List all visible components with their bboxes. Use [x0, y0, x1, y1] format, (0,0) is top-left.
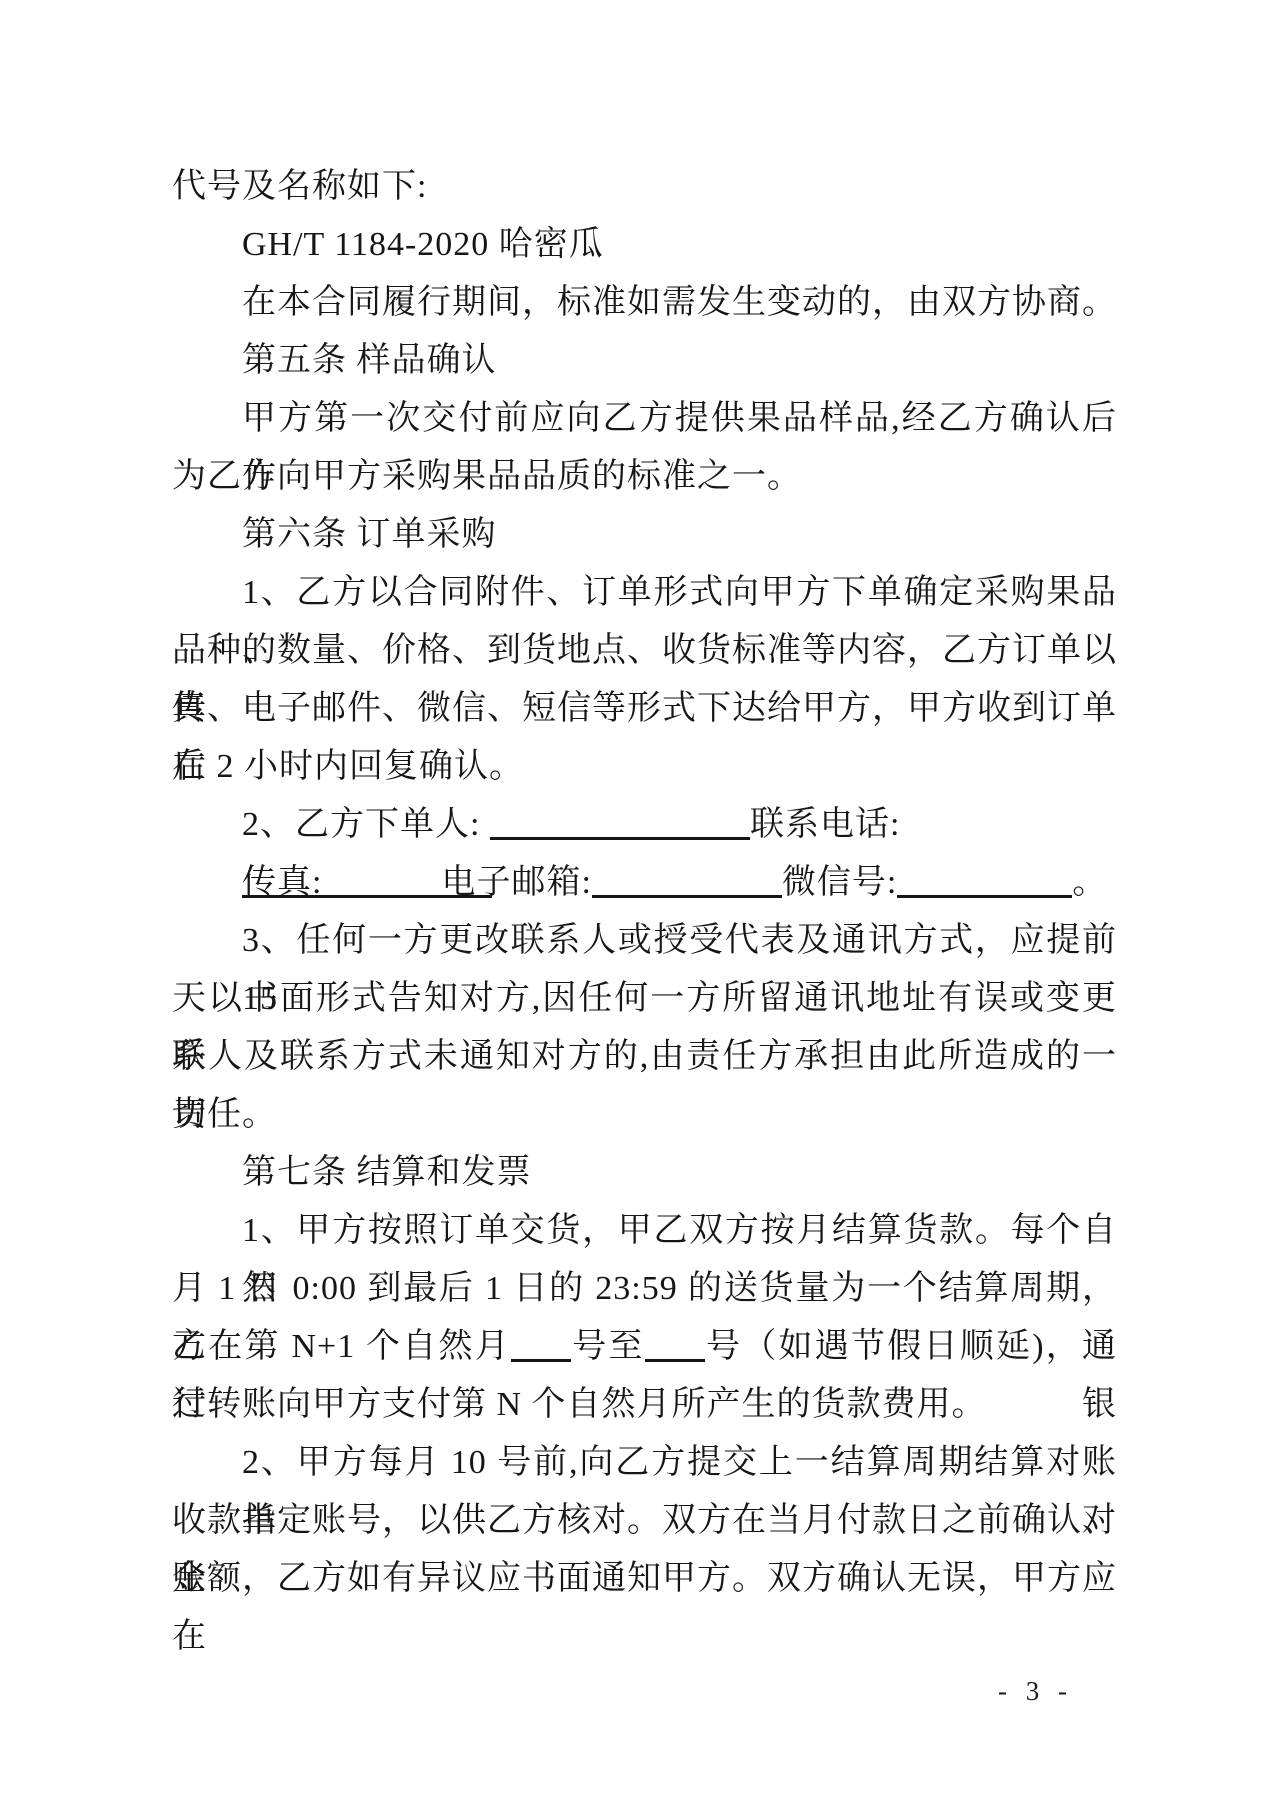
text-line: 行转账向甲方支付第 N 个自然月所产生的货款费用。 — [172, 1376, 1117, 1434]
text-segment: 联系电话: — [750, 806, 900, 843]
text-line: 天以书面形式告知对方,因任何一方所留通讯地址有误或变更联 — [172, 970, 1117, 1028]
form-line-settlement: 方在第 N+1 个自然月号至号（如遇节假日顺延)，通过银 — [172, 1318, 1117, 1376]
blank-underline — [511, 1329, 571, 1362]
document-page: 代号及名称如下:GH/T 1184-2020 哈密瓜在本合同履行期间，标准如需发… — [0, 0, 1280, 1810]
text-line: 为乙方向甲方采购果品品质的标准之一。 — [172, 448, 1117, 506]
text-line: 真、电子邮件、微信、短信等形式下达给甲方，甲方收到订单后 — [172, 680, 1117, 738]
blank-underline — [592, 865, 782, 898]
text-segment: 为乙方向甲方采购果品品质的标准之一。 — [172, 458, 802, 495]
text-line: 1、乙方以合同附件、订单形式向甲方下单确定采购果品的 — [172, 564, 1117, 622]
form-line-contact: 2、乙方下单人: 联系电话: — [172, 796, 1117, 854]
text-segment: 2、乙方下单人: — [242, 806, 490, 843]
text-line: 系人及联系方式未通知对方的,由责任方承担由此所造成的一切 — [172, 1028, 1117, 1086]
article-heading-6: 第六条 订单采购 — [172, 506, 1117, 564]
text-line: 金额，乙方如有异议应书面通知甲方。双方确认无误，甲方应在 — [172, 1550, 1117, 1608]
blank-underline — [322, 865, 441, 898]
blank-underline — [490, 807, 750, 840]
text-line: 3、任何一方更改联系人或授受代表及通讯方式，应提前 15 — [172, 912, 1117, 970]
text-line: 收款指定账号，以供乙方核对。双方在当月付款日之前确认对账 — [172, 1492, 1117, 1550]
article-heading-5: 第五条 样品确认 — [172, 332, 1117, 390]
text-line: 品种、数量、价格、到货地点、收货标准等内容，乙方订单以传 — [172, 622, 1117, 680]
text-segment: 代号及名称如下: — [172, 168, 427, 205]
text-line: GH/T 1184-2020 哈密瓜 — [172, 216, 1117, 274]
blank-underline — [897, 865, 1072, 898]
text-segment: 在 2 小时内回复确认。 — [172, 748, 524, 785]
text-segment: 责任。 — [172, 1096, 277, 1133]
text-segment: 第七条 结算和发票 — [242, 1154, 532, 1191]
text-line: 在 2 小时内回复确认。 — [172, 738, 1117, 796]
blank-underline — [645, 1329, 705, 1362]
text-segment: 。 — [1072, 864, 1107, 901]
text-line: 月 1 日 0:00 到最后 1 日的 23:59 的送货量为一个结算周期，乙 — [172, 1260, 1117, 1318]
text-segment: 号至 — [571, 1328, 645, 1365]
text-segment: 在本合同履行期间，标准如需发生变动的，由双方协商。 — [242, 284, 1117, 321]
text-line: 2、甲方每月 10 号前,向乙方提交上一结算周期结算对账单、 — [172, 1434, 1117, 1492]
text-line: 代号及名称如下: — [172, 158, 1117, 216]
text-segment: 微信号: — [782, 864, 897, 901]
text-block: 代号及名称如下:GH/T 1184-2020 哈密瓜在本合同履行期间，标准如需发… — [172, 158, 1117, 1608]
article-heading-7: 第七条 结算和发票 — [172, 1144, 1117, 1202]
text-segment: 传真: — [242, 864, 322, 901]
form-line-contact-2: 传真:电子邮箱:微信号:。 — [172, 854, 1117, 912]
text-line: 责任。 — [172, 1086, 1117, 1144]
text-segment: 金额，乙方如有异议应书面通知甲方。双方确认无误，甲方应在 — [172, 1560, 1117, 1655]
text-segment: 第五条 样品确认 — [242, 342, 497, 379]
text-segment: 第六条 订单采购 — [242, 516, 497, 553]
text-line: 在本合同履行期间，标准如需发生变动的，由双方协商。 — [172, 274, 1117, 332]
text-line: 1、甲方按照订单交货，甲乙双方按月结算货款。每个自然 — [172, 1202, 1117, 1260]
text-line: 甲方第一次交付前应向乙方提供果品样品,经乙方确认后作 — [172, 390, 1117, 448]
text-segment: 电子邮箱: — [441, 864, 591, 901]
text-segment: GH/T 1184-2020 哈密瓜 — [242, 226, 604, 263]
page-number: - 3 - — [998, 1676, 1073, 1707]
text-segment: 方在第 N+1 个自然月 — [172, 1328, 511, 1365]
text-segment: 行转账向甲方支付第 N 个自然月所产生的货款费用。 — [172, 1386, 987, 1423]
